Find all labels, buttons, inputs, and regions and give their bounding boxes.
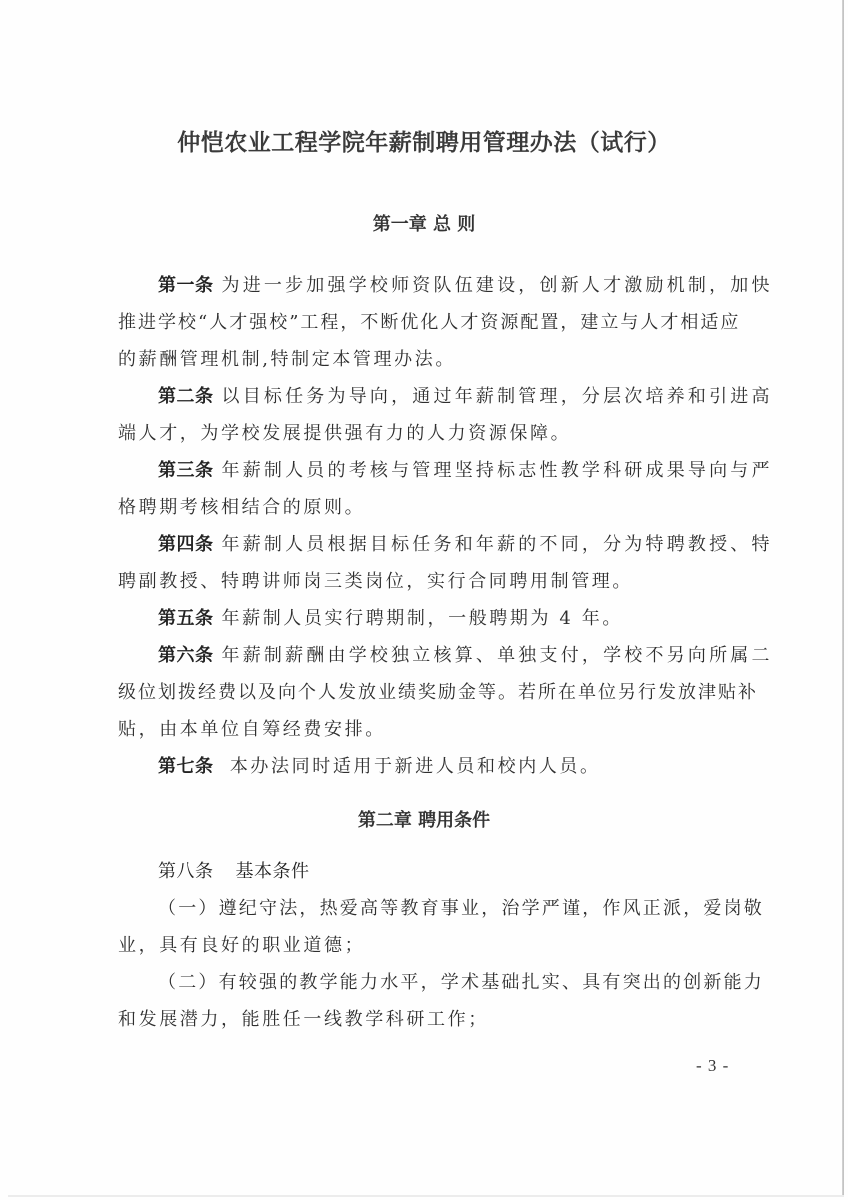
article-text: 年薪制人员的考核与管理坚持标志性教学科研成果导向与严	[222, 460, 773, 481]
article-2-line-2: 端人才，为学校发展提供强有力的人力资源保障。	[118, 422, 724, 446]
article-3-line-2: 格聘期考核相结合的原则。	[118, 496, 724, 520]
article-text: 年薪制人员实行聘期制，一般聘期为 4 年。	[222, 608, 624, 629]
chapter-heading-2: 第二章 聘用条件	[0, 806, 848, 832]
article-4-line-2: 聘副教授、特聘讲师岗三类岗位，实行合同聘用制管理。	[118, 570, 724, 594]
article-6-line-2: 级位划拨经费以及向个人发放业绩奖励金等。若所在单位另行发放津贴补	[118, 681, 724, 705]
article-label: 第一条	[158, 275, 214, 296]
article-text: 以目标任务为导向，通过年薪制管理，分层次培养和引进高	[222, 386, 773, 407]
chapter-heading-1: 第一章 总 则	[0, 210, 848, 236]
article-text: 为进一步加强学校师资队伍建设，创新人才激励机制，加快	[222, 275, 773, 296]
article-1-line-1: 第一条为进一步加强学校师资队伍建设，创新人才激励机制，加快	[158, 274, 724, 298]
article-1-line-3: 的薪酬管理机制,特制定本管理办法。	[118, 348, 724, 372]
article-text: 年薪制薪酬由学校独立核算、单独支付，学校不另向所属二	[222, 645, 773, 666]
document-page: 仲恺农业工程学院年薪制聘用管理办法（试行） 第一章 总 则 第一条为进一步加强学…	[0, 0, 848, 1200]
article-label: 第二条	[158, 386, 214, 407]
article-4-line-1: 第四条年薪制人员根据目标任务和年薪的不同，分为特聘教授、特	[158, 533, 724, 557]
page-number: - 3 -	[696, 1056, 729, 1076]
article-label: 第七条	[158, 756, 214, 777]
article-7-line-1: 第七条 本办法同时适用于新进人员和校内人员。	[158, 755, 724, 779]
article-label: 第八条	[158, 861, 214, 882]
article-label: 第四条	[158, 534, 214, 555]
article-label: 第六条	[158, 645, 214, 666]
article-label: 第五条	[158, 608, 214, 629]
article-8-item-1-line-1: （一）遵纪守法，热爱高等教育事业，治学严谨，作风正派，爱岗敬	[158, 897, 724, 921]
article-text: 本办法同时适用于新进人员和校内人员。	[222, 756, 601, 777]
article-3-line-1: 第三条年薪制人员的考核与管理坚持标志性教学科研成果导向与严	[158, 459, 724, 483]
article-label: 第三条	[158, 460, 214, 481]
article-8-item-1-line-2: 业，具有良好的职业道德；	[118, 934, 724, 958]
article-heading-text: 基本条件	[236, 861, 310, 882]
scan-edge-bottom	[8, 1195, 844, 1197]
article-8-heading: 第八条基本条件	[158, 860, 724, 884]
scan-edge-right	[842, 0, 844, 1196]
article-6-line-1: 第六条年薪制薪酬由学校独立核算、单独支付，学校不另向所属二	[158, 644, 724, 668]
document-title: 仲恺农业工程学院年薪制聘用管理办法（试行）	[0, 124, 848, 157]
article-text: 年薪制人员根据目标任务和年薪的不同，分为特聘教授、特	[222, 534, 773, 555]
article-8-item-2-line-1: （二）有较强的教学能力水平，学术基础扎实、具有突出的创新能力	[158, 971, 724, 995]
article-1-line-2: 推进学校“人才强校”工程，不断优化人才资源配置，建立与人才相适应	[118, 311, 724, 335]
article-2-line-1: 第二条以目标任务为导向，通过年薪制管理，分层次培养和引进高	[158, 385, 724, 409]
article-5-line-1: 第五条年薪制人员实行聘期制，一般聘期为 4 年。	[158, 607, 724, 631]
article-8-item-2-line-2: 和发展潜力，能胜任一线教学科研工作；	[118, 1008, 724, 1032]
article-6-line-3: 贴，由本单位自筹经费安排。	[118, 718, 724, 742]
